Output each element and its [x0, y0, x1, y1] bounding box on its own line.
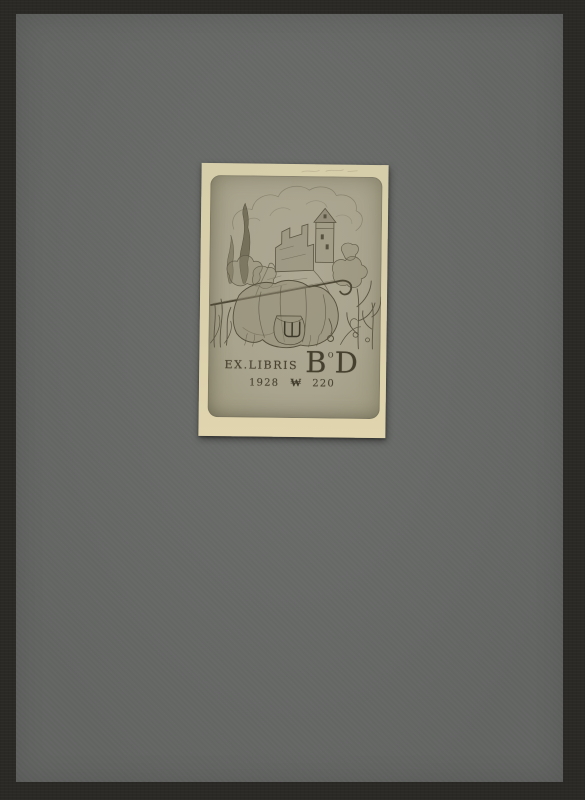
scan-backdrop: EX.LIBRIS BoD 1928 ₩ 220	[0, 0, 585, 800]
initial-d: D	[334, 350, 358, 375]
etched-plate-impression: EX.LIBRIS BoD 1928 ₩ 220	[208, 175, 383, 419]
opus-number: 220	[312, 378, 335, 389]
ex-libris-line: EX.LIBRIS BoD	[208, 339, 374, 375]
clouds	[233, 185, 363, 230]
castle-tower	[313, 208, 336, 262]
initial-small-o: o	[328, 350, 334, 360]
gray-mat-board: EX.LIBRIS BoD 1928 ₩ 220	[16, 14, 563, 782]
year-line: 1928 ₩ 220	[208, 375, 376, 390]
owner-initials: BoD	[305, 350, 358, 375]
corn-leaves-right	[340, 281, 381, 349]
bookplate-paper: EX.LIBRIS BoD 1928 ₩ 220	[198, 163, 388, 438]
castle-ruin	[275, 224, 314, 272]
artist-monogram: ₩	[290, 376, 301, 389]
etching-illustration	[208, 175, 382, 352]
year-text: 1928	[249, 377, 279, 388]
ex-libris-label: EX.LIBRIS	[224, 359, 298, 374]
initial-b: B	[305, 350, 327, 375]
